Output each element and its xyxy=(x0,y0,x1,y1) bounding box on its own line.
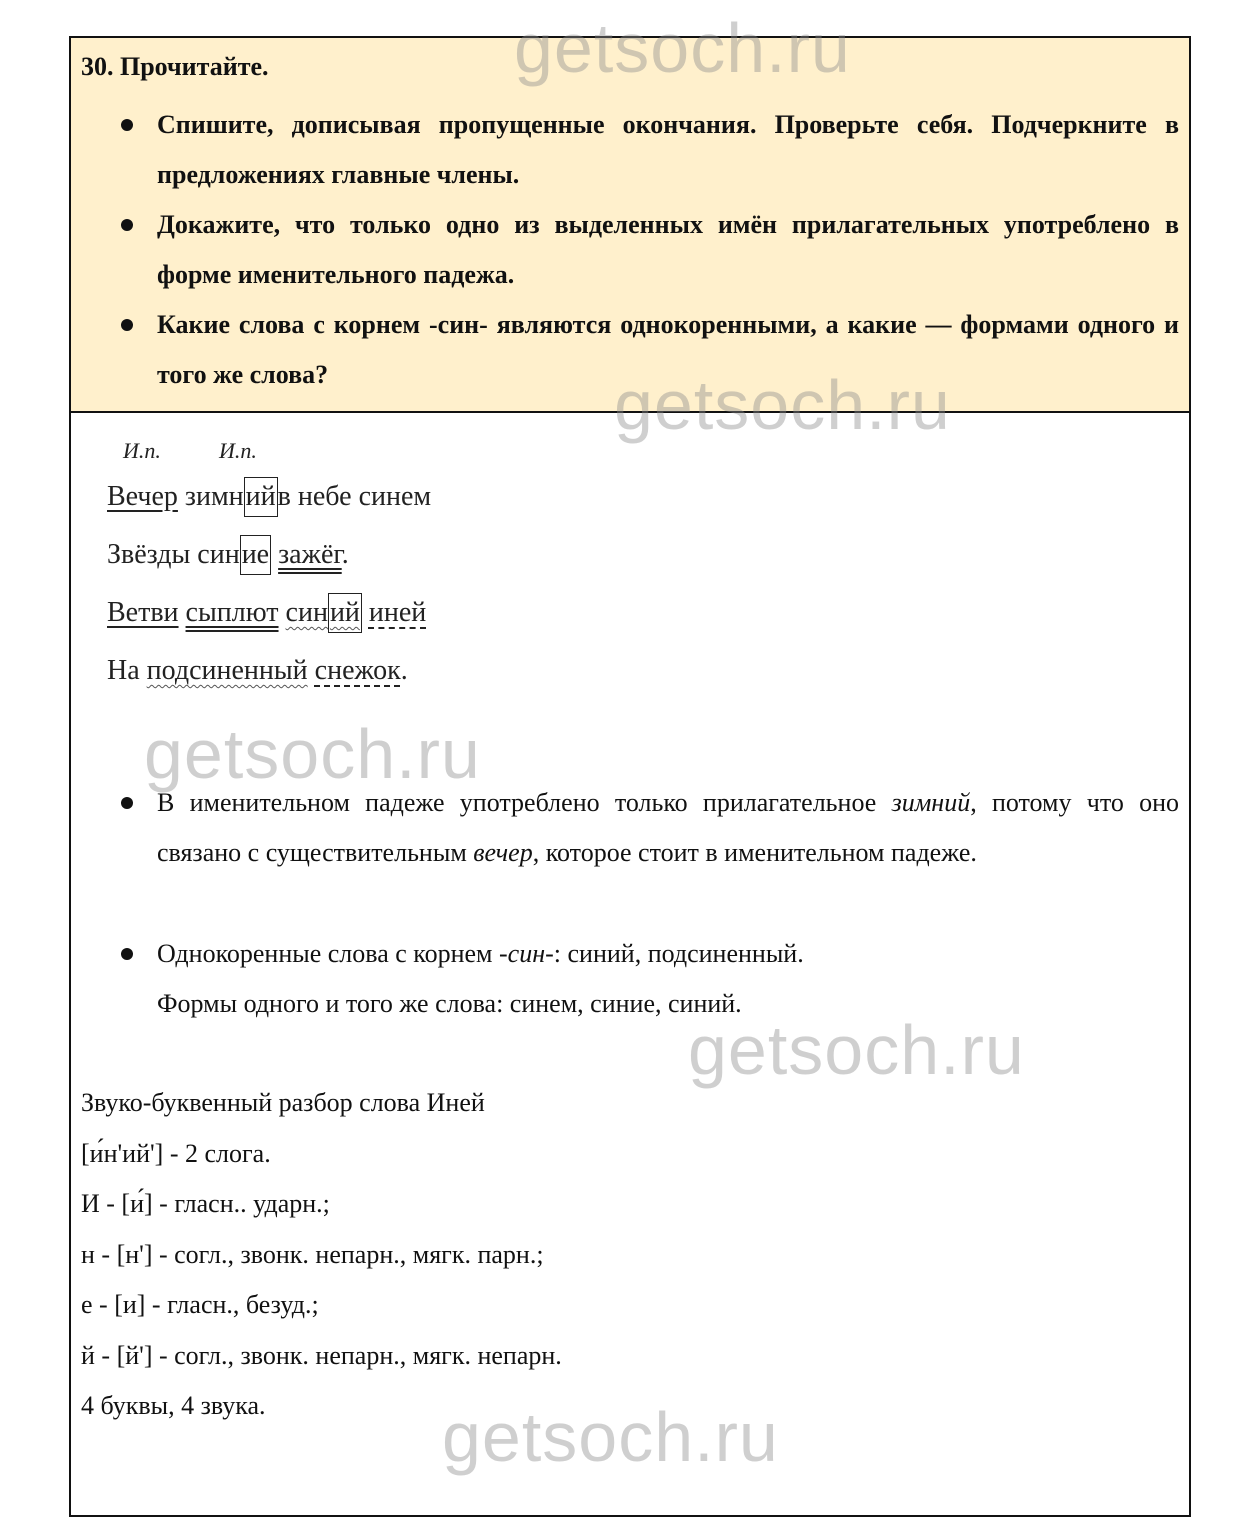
analysis-summary: 4 буквы, 4 звука. xyxy=(81,1381,562,1432)
instruction-text: Докажите, что только одно из выделенных … xyxy=(157,210,1179,289)
poem-word: зимн xyxy=(178,481,244,512)
analysis-letter: й - [й'] - согл., звонк. непарн., мягк. … xyxy=(81,1331,562,1382)
analysis-title: Звуко-буквенный разбор слова Иней xyxy=(81,1078,562,1129)
instruction-item: Какие слова с корнем -син- являются одно… xyxy=(71,300,1189,400)
ending-highlight: ий xyxy=(328,593,362,633)
poem-block: И.п. И.п. Вечер зимнийв небе синемЗвёзды… xyxy=(107,438,431,700)
bullet-icon xyxy=(121,797,133,809)
instruction-text: Спишите, дописывая пропущенные окончания… xyxy=(157,110,1179,189)
answer-roots-text: Однокоренные слова с корнем -син-: синий… xyxy=(157,939,804,968)
poem-word: Вечер xyxy=(107,481,178,512)
poem-lines: Вечер зимнийв небе синемЗвёзды синие заж… xyxy=(107,468,431,700)
answer-item: Однокоренные слова с корнем -син-: синий… xyxy=(71,929,1189,979)
task-block: 30. Прочитайте. Спишите, дописывая пропу… xyxy=(71,38,1189,413)
forms-line: Формы одного и того же слова: синем, син… xyxy=(71,979,1189,1029)
poem-word: иней xyxy=(369,597,426,628)
poem-word: Ветви xyxy=(107,597,179,628)
poem-word: подсиненный xyxy=(147,655,308,686)
answer-nominative-text: В именительном падеже употреблено только… xyxy=(157,788,1179,867)
analysis-letter: И - [и́] - гласн.. ударн.; xyxy=(81,1179,562,1230)
answer-nominative: В именительном падеже употреблено только… xyxy=(71,778,1189,878)
answer-fragment: , которое стоит в именительном падеже. xyxy=(533,838,977,867)
poem-word: в небе синем xyxy=(278,481,431,512)
ending-highlight: ие xyxy=(240,535,271,575)
answer-roots: Однокоренные слова с корнем -син-: синий… xyxy=(71,929,1189,1029)
analysis-transcription: [и́н'ий'] - 2 слога. xyxy=(81,1129,562,1180)
analysis-letter: е - [и] - гласн., безуд.; xyxy=(81,1280,562,1331)
instruction-item: Спишите, дописывая пропущенные окончания… xyxy=(71,100,1189,200)
poem-word xyxy=(279,597,286,628)
italic-term: вечер xyxy=(473,838,532,867)
poem-word xyxy=(179,597,186,628)
poem-word: На xyxy=(107,655,147,686)
italic-term: зимний xyxy=(892,788,971,817)
bullet-icon xyxy=(121,948,133,960)
ending-highlight: ий xyxy=(244,477,278,517)
instruction-item: Докажите, что только одно из выделенных … xyxy=(71,200,1189,300)
answer-item: В именительном падеже употреблено только… xyxy=(71,778,1189,878)
case-label: И.п. xyxy=(123,438,161,464)
poem-line: Ветви сыплют синий иней xyxy=(107,584,431,642)
poem-word xyxy=(362,597,369,628)
answer-fragment: : синий, подсиненный. xyxy=(554,939,804,968)
case-label: И.п. xyxy=(219,438,257,464)
task-title: 30. Прочитайте. xyxy=(81,52,269,82)
poem-word: снежок xyxy=(315,655,401,686)
poem-word: . xyxy=(401,655,408,686)
poem-word: . xyxy=(342,539,349,570)
poem-word: син xyxy=(286,597,328,628)
instruction-text: Какие слова с корнем -син- являются одно… xyxy=(157,310,1179,389)
case-labels: И.п. И.п. xyxy=(107,438,431,468)
answer-fragment: В именительном падеже употреблено только… xyxy=(157,788,892,817)
poem-line: Вечер зимнийв небе синем xyxy=(107,468,431,526)
bullet-icon xyxy=(121,319,133,331)
bullet-icon xyxy=(121,219,133,231)
poem-line: На подсиненный снежок. xyxy=(107,642,431,700)
poem-word xyxy=(308,655,315,686)
exercise-frame: 30. Прочитайте. Спишите, дописывая пропу… xyxy=(69,36,1191,1517)
poem-word: сыплют xyxy=(186,597,279,628)
poem-word: Звёзды син xyxy=(107,539,240,570)
poem-word: зажёг xyxy=(278,539,342,570)
bullet-icon xyxy=(121,119,133,131)
analysis-letter: н - [н'] - согл., звонк. непарн., мягк. … xyxy=(81,1230,562,1281)
poem-line: Звёзды синие зажёг. xyxy=(107,526,431,584)
phonetic-analysis: Звуко-буквенный разбор слова Иней [и́н'и… xyxy=(81,1078,562,1432)
answer-fragment: Однокоренные слова с корнем xyxy=(157,939,499,968)
task-instructions: Спишите, дописывая пропущенные окончания… xyxy=(71,100,1189,400)
italic-term: -син- xyxy=(499,939,554,968)
